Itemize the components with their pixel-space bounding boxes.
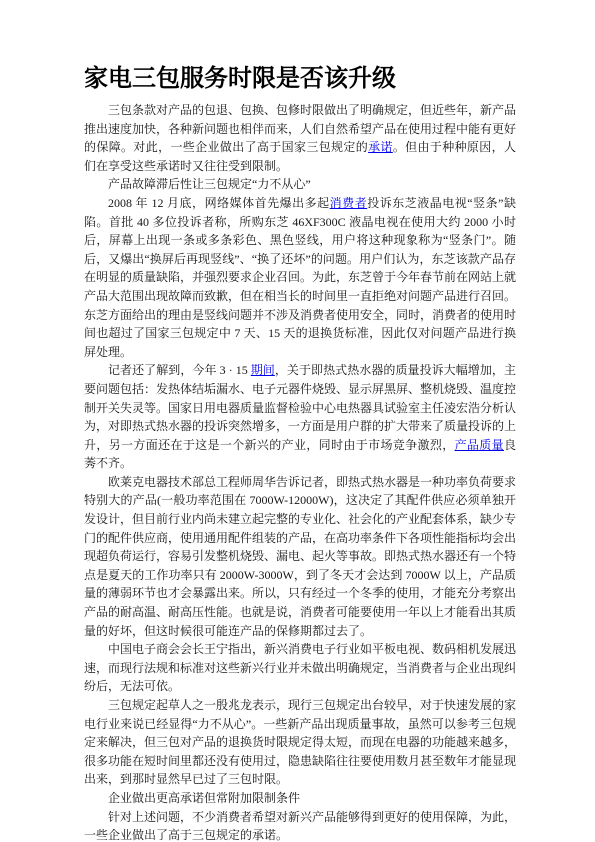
inline-link[interactable]: 产品质量 bbox=[455, 438, 504, 452]
inline-link[interactable]: 承诺 bbox=[368, 140, 393, 154]
subheading-higher-promises: 企业做出更高承诺但常附加限制条件 bbox=[84, 789, 516, 808]
article-body: 三包条款对产品的包退、包换、包修时限做出了明确规定，但近些年，新产品推出速度加快… bbox=[84, 101, 516, 842]
paragraph-intro: 三包条款对产品的包退、包换、包修时限做出了明确规定，但近些年，新产品推出速度加快… bbox=[84, 101, 516, 175]
text-run: 投诉东芝液晶电视“竖条”缺陷。首批 40 多位投诉者称，所购东芝 46XF300… bbox=[84, 196, 516, 359]
text-run: 欧莱克电器技术部总工程师周华告诉记者，即热式热水器是一种功率负荷要求特别大的产品… bbox=[84, 475, 516, 638]
text-run: 中国电子商会会长王宁指出，新兴消费电子行业如平板电视、数码相机发展迅速，而现行法… bbox=[84, 642, 516, 693]
text-run: 企业做出更高承诺但常附加限制条件 bbox=[108, 791, 300, 805]
text-run: 记者还了解到，今年 3 · 15 bbox=[108, 363, 251, 377]
inline-link[interactable]: 消费者 bbox=[330, 196, 368, 210]
text-run: 三包规定起草人之一殷兆龙表示，现行三包规定出台较早，对于快速发展的家电行业来说已… bbox=[84, 698, 516, 786]
subheading-product-fault-lag: 产品故障滞后性让三包规定“力不从心” bbox=[84, 175, 516, 194]
paragraph-closing: 针对上述问题，不少消费者希望对新兴产品能够得到更好的使用保障，为此，一些企业做出… bbox=[84, 808, 516, 842]
paragraph-water-heater-complaints: 记者还了解到，今年 3 · 15 期间，关于即热式热水器的质量投诉大幅增加，主要… bbox=[84, 361, 516, 473]
paragraph-ecc-chairman: 中国电子商会会长王宁指出，新兴消费电子行业如平板电视、数码相机发展迅速，而现行法… bbox=[84, 640, 516, 696]
text-run: 2008 年 12 月底，网络媒体首先爆出多起 bbox=[108, 196, 330, 210]
paragraph-engineer-analysis: 欧莱克电器技术部总工程师周华告诉记者，即热式热水器是一种功率负荷要求特别大的产品… bbox=[84, 473, 516, 640]
text-run: 针对上述问题，不少消费者希望对新兴产品能够得到更好的使用保障，为此，一些企业做出… bbox=[84, 810, 516, 842]
article-title: 家电三包服务时限是否该升级 bbox=[84, 64, 516, 94]
document-page: 家电三包服务时限是否该升级 三包条款对产品的包退、包换、包修时限做出了明确规定，… bbox=[0, 0, 595, 842]
text-run: 产品故障滞后性让三包规定“力不从心” bbox=[108, 177, 311, 191]
paragraph-drafter-comment: 三包规定起草人之一殷兆龙表示，现行三包规定出台较早，对于快速发展的家电行业来说已… bbox=[84, 696, 516, 789]
paragraph-toshiba-case: 2008 年 12 月底，网络媒体首先爆出多起消费者投诉东芝液晶电视“竖条”缺陷… bbox=[84, 194, 516, 361]
inline-link[interactable]: 期间 bbox=[251, 363, 275, 377]
